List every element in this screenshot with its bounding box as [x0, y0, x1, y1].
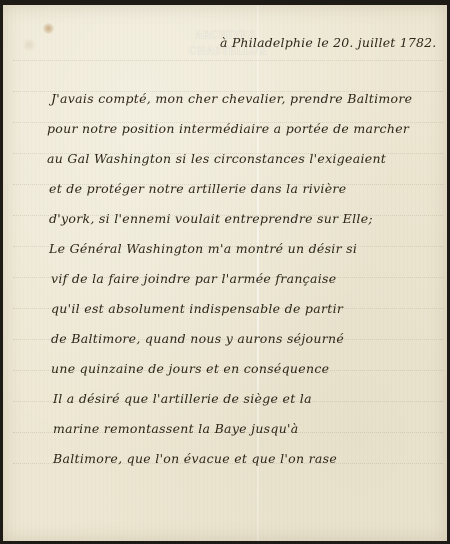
- letter-page: ARCHIVES CHASTELLUX à Philadelphie le 20…: [3, 5, 447, 541]
- body-line: et de protéger notre artillerie dans la …: [49, 181, 346, 196]
- foxing-stain: [43, 23, 54, 34]
- letter-dateline: à Philadelphie le 20. juillet 1782.: [220, 35, 436, 50]
- body-line: Le Général Washington m'a montré un dési…: [49, 241, 357, 256]
- body-line: vif de la faire joindre par l'armée fran…: [51, 271, 336, 286]
- body-line: qu'il est absolument indispensable de pa…: [51, 301, 343, 316]
- body-line: Baltimore, que l'on évacue et que l'on r…: [53, 451, 337, 466]
- body-line: de Baltimore, quand nous y aurons séjour…: [51, 331, 344, 346]
- scanned-document: ARCHIVES CHASTELLUX à Philadelphie le 20…: [0, 0, 450, 544]
- body-line: Il a désiré que l'artillerie de siège et…: [53, 391, 312, 406]
- body-line: au Gal Washington si les circonstances l…: [47, 151, 386, 166]
- body-line: marine remontassent la Baye jusqu'à: [53, 421, 299, 436]
- body-line: d'york, si l'ennemi voulait entreprendre…: [49, 211, 373, 226]
- body-line: pour notre position intermédiaire a port…: [47, 121, 409, 136]
- faint-stain: [23, 37, 35, 53]
- body-line: J'avais compté, mon cher chevalier, pren…: [51, 91, 412, 106]
- body-line: une quinzaine de jours et en conséquence: [51, 361, 329, 376]
